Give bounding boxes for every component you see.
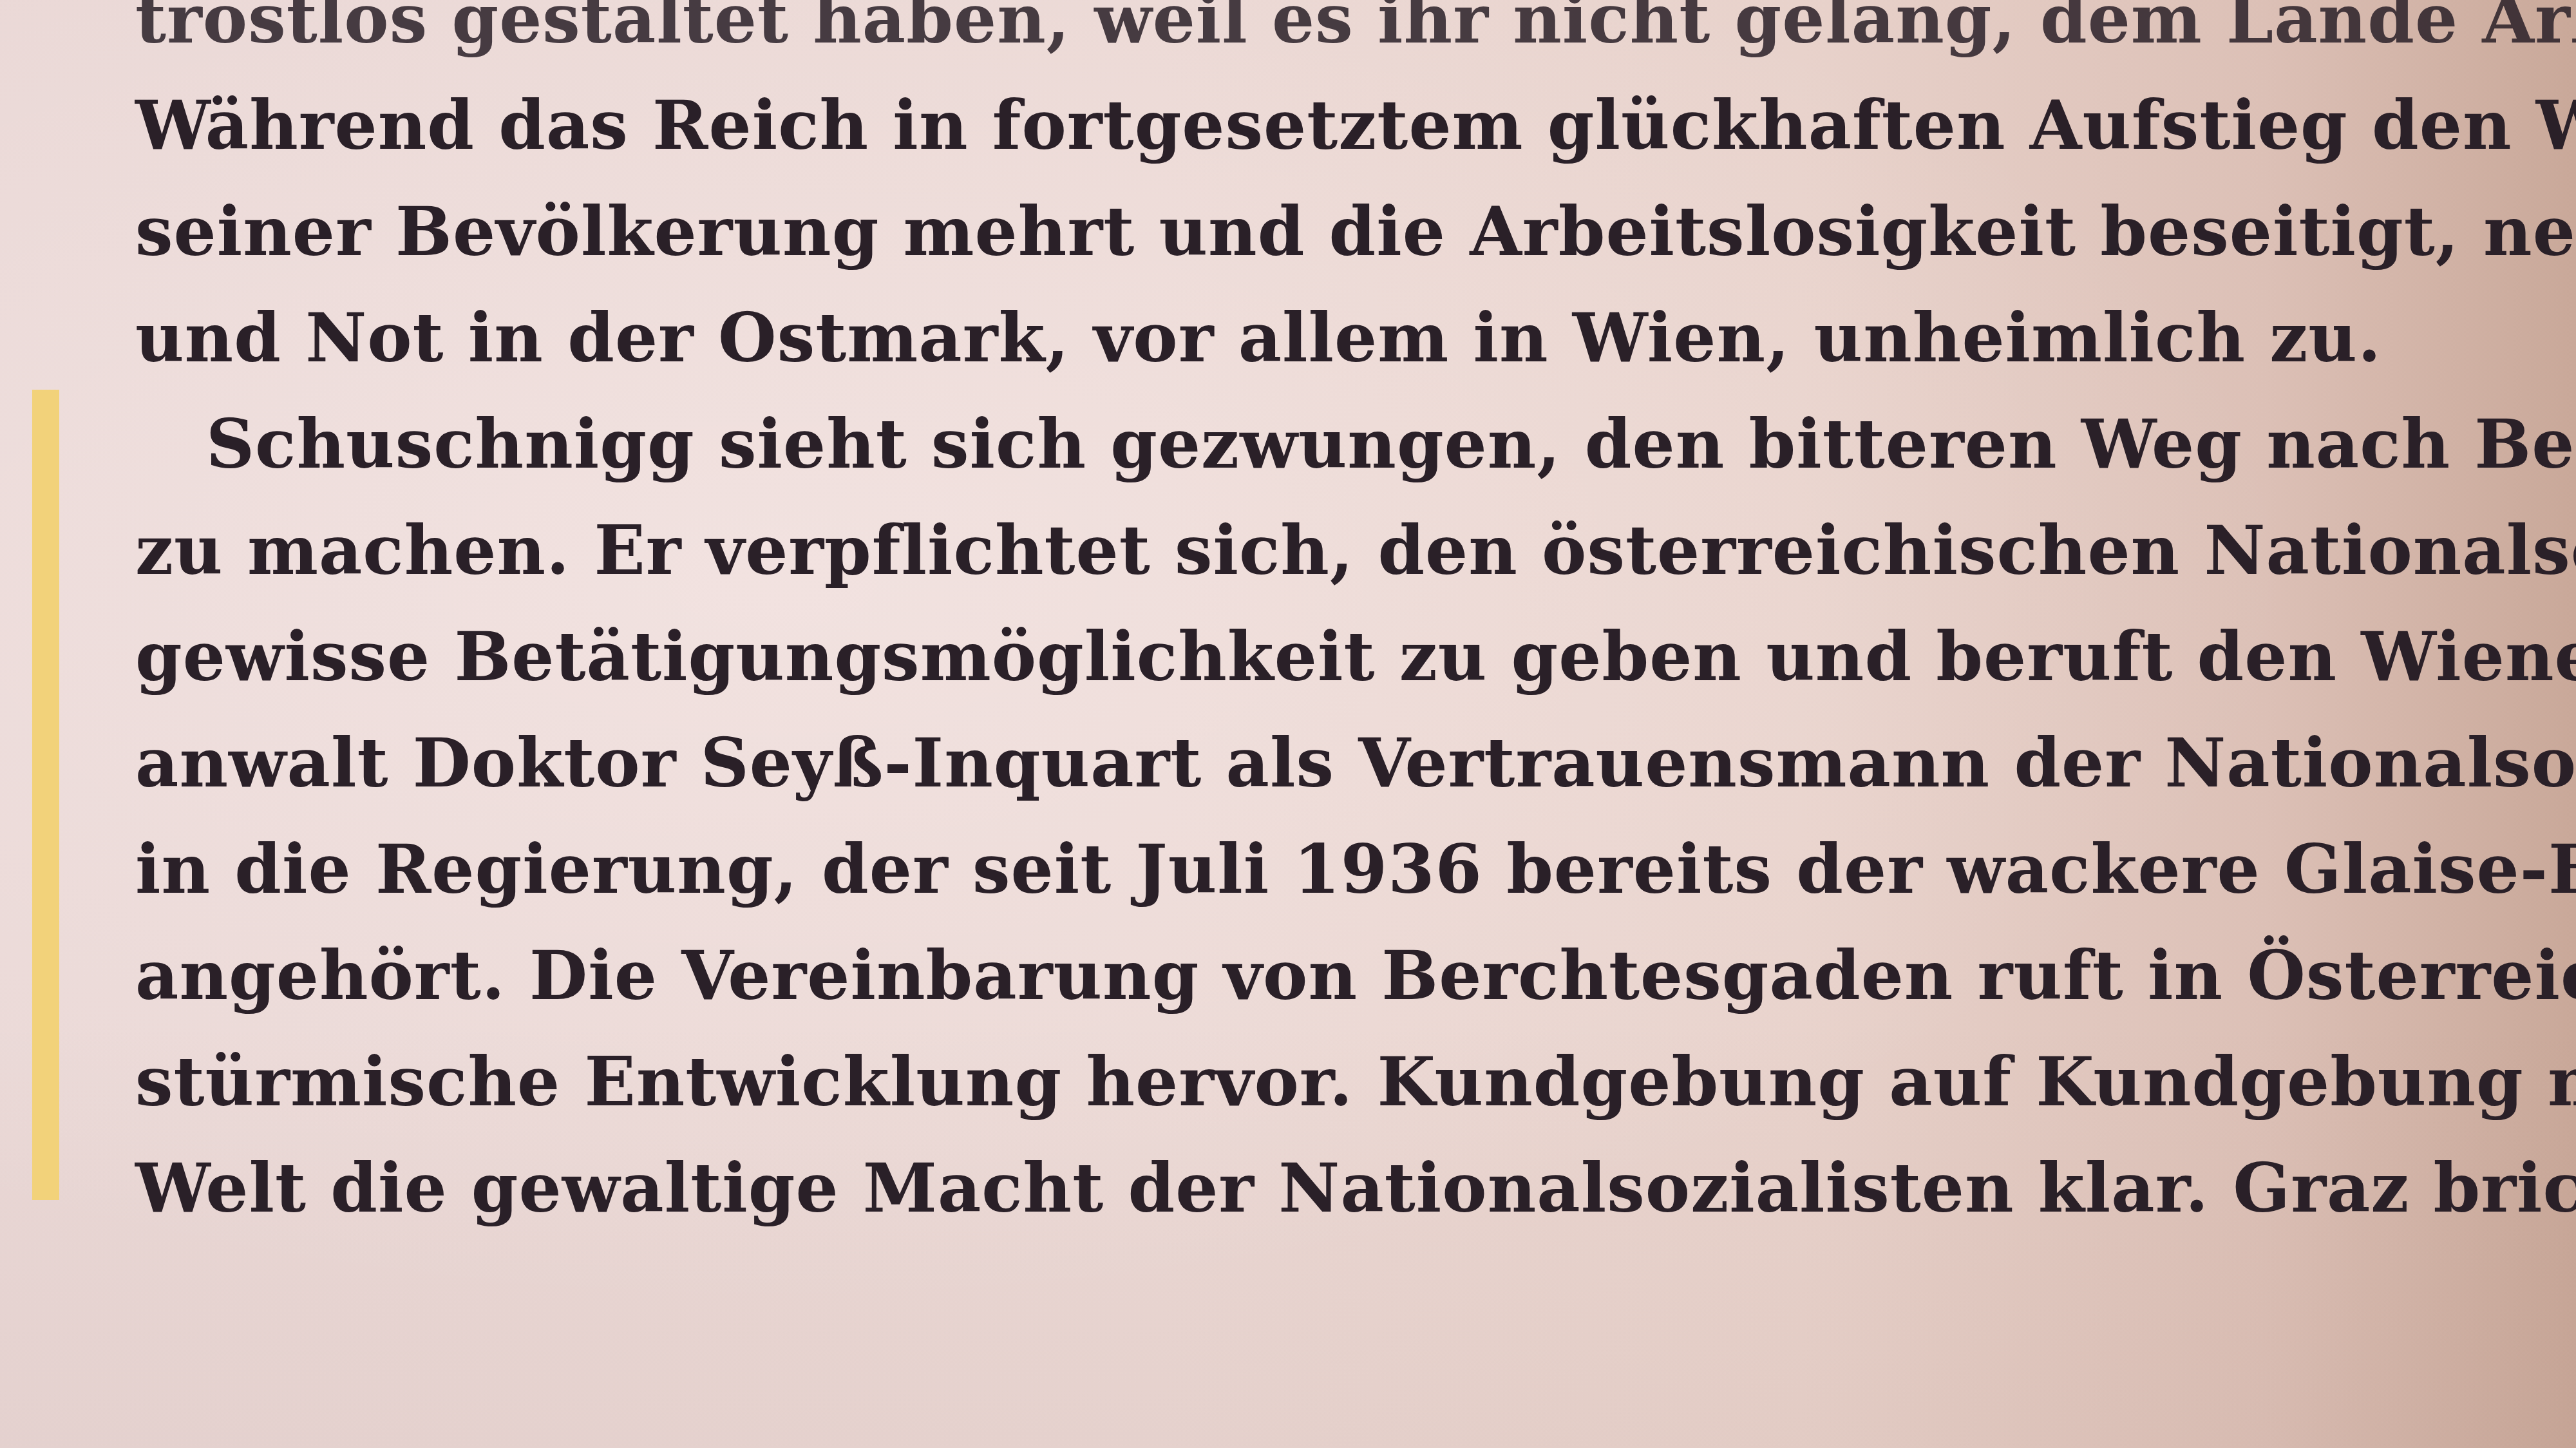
text-line: trostlos gestaltet haben, weil es ihr ni… xyxy=(135,0,2454,71)
text-line: stürmische Entwicklung hervor. Kundgebun… xyxy=(135,1031,2454,1134)
text-line: in die Regierung, der seit Juli 1936 ber… xyxy=(135,818,2454,921)
text-line: Während das Reich in fortgesetztem glück… xyxy=(135,74,2454,177)
text-line: zu machen. Er verpflichtet sich, den öst… xyxy=(135,499,2454,602)
highlight-margin-bar xyxy=(32,390,59,1200)
text-line: seiner Bevölkerung mehrt und die Arbeits… xyxy=(135,180,2454,283)
text-line: gewisse Betätigungsmöglichkeit zu geben … xyxy=(135,605,2454,709)
text-line: angehört. Die Vereinbarung von Berchtesg… xyxy=(135,924,2454,1027)
text-line: Schuschnigg sieht sich gezwungen, den bi… xyxy=(135,393,2454,496)
text-line: und Not in der Ostmark, vor allem in Wie… xyxy=(135,287,2454,390)
text-line: Welt die gewaltige Macht der Nationalsoz… xyxy=(135,1137,2454,1240)
text-line: anwalt Doktor Seyß-Inquart als Vertrauen… xyxy=(135,712,2454,815)
book-page: trostlos gestaltet haben, weil es ihr ni… xyxy=(0,0,2576,1448)
